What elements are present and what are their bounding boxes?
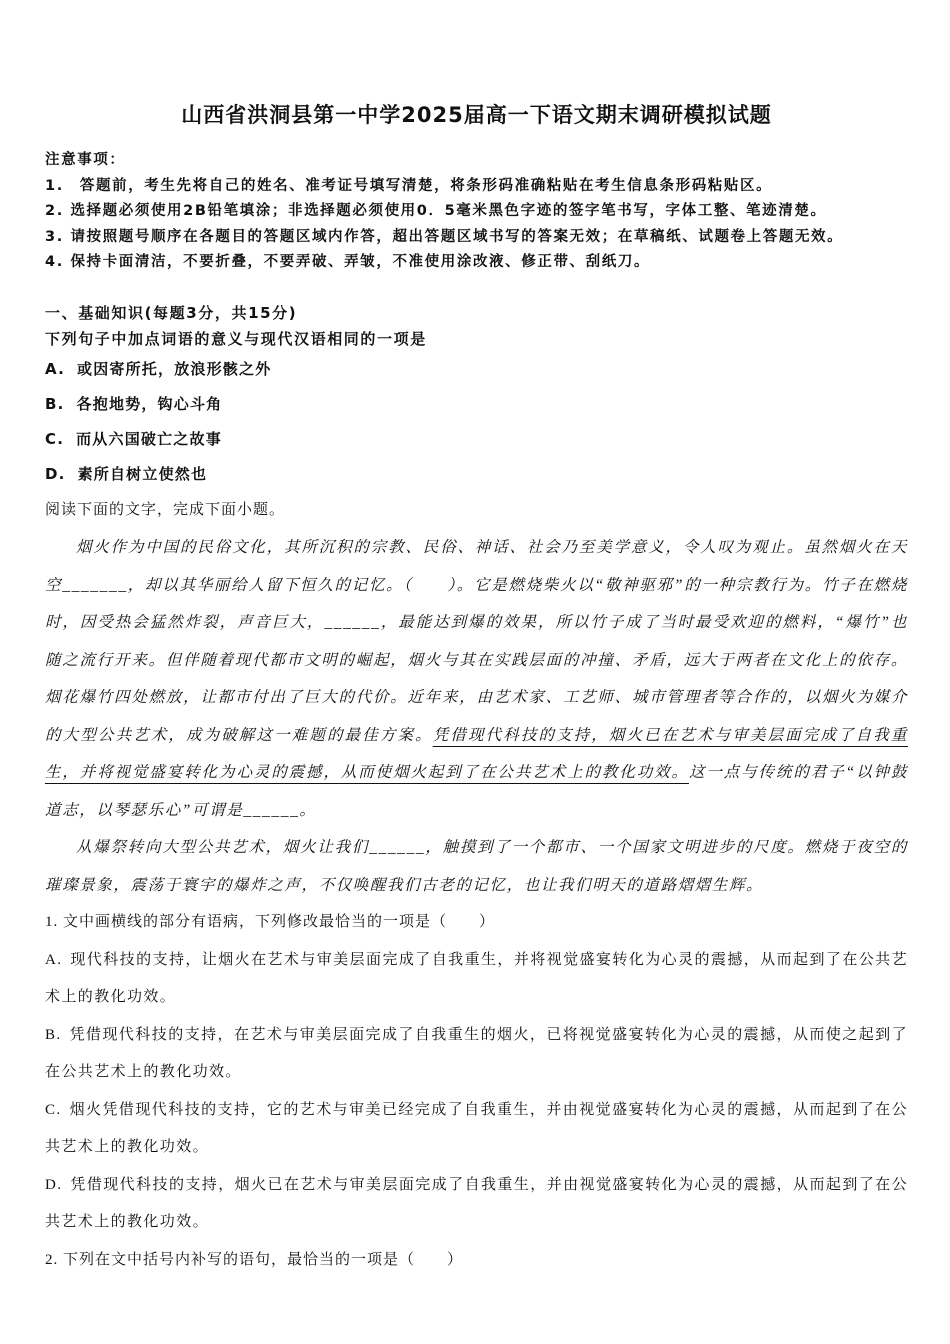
basics-option-a-label: A. (45, 360, 65, 378)
basics-option-d: D.素所自树立使然也 (45, 457, 908, 492)
exam-title: 山西省洪洞县第一中学2025届高一下语文期末调研模拟试题 (45, 100, 908, 130)
question-2-stem: 2. 下列在文中括号内补写的语句，最恰当的一项是（ ） (45, 1242, 908, 1280)
basics-option-a-text: 或因寄所托，放浪形骸之外 (77, 360, 271, 378)
basics-option-d-label: D. (45, 465, 66, 483)
notice-section: 注意事项： 1. 答题前，考生先将自己的姓名、准考证号填写清楚，将条形码准确粘贴… (45, 148, 908, 276)
question-1-stem: 1. 文中画横线的部分有语病，下列修改最恰当的一项是（ ） (45, 904, 908, 942)
question-1-option-d-text: 凭借现代科技的支持，烟火已在艺术与审美层面完成了自我重生，并由视觉盛宴转化为心灵… (45, 1177, 908, 1231)
basics-option-c-text: 而从六国破亡之故事 (76, 430, 222, 448)
question-1-option-d-label: D. (45, 1177, 62, 1193)
basics-option-b-text: 各抱地势，钩心斗角 (77, 395, 223, 413)
question-1-option-b-label: B. (45, 1027, 62, 1043)
basics-option-a: A.或因寄所托，放浪形骸之外 (45, 352, 908, 387)
notice-item-1: 1. 答题前，考生先将自己的姓名、准考证号填写清楚，将条形码准确粘贴在考生信息条… (45, 174, 908, 200)
question-1-option-c: C.烟火凭借现代科技的支持，它的艺术与审美已经完成了自我重生，并由视觉盛宴转化为… (45, 1092, 908, 1167)
basics-option-c: C.而从六国破亡之故事 (45, 422, 908, 457)
notice-item-2: 2. 选择题必须使用2B铅笔填涂；非选择题必须使用0．5毫米黑色字迹的签字笔书写… (45, 199, 908, 225)
question-1-option-a-label: A. (45, 952, 62, 968)
basics-option-b-label: B. (45, 395, 65, 413)
question-1-option-b-text: 凭借现代科技的支持，在艺术与审美层面完成了自我重生的烟火，已将视觉盛宴转化为心灵… (45, 1027, 908, 1081)
question-1-option-a-text: 现代科技的支持，让烟火在艺术与审美层面完成了自我重生，并将视觉盛宴转化为心灵的震… (45, 952, 908, 1006)
basics-option-d-text: 素所自树立使然也 (78, 465, 208, 483)
question-1-option-c-text: 烟火凭借现代科技的支持，它的艺术与审美已经完成了自我重生，并由视觉盛宴转化为心灵… (45, 1102, 908, 1156)
section-one-heading: 一、基础知识(每题3分，共15分) (45, 300, 908, 326)
question-1-option-b: B.凭借现代科技的支持，在艺术与审美层面完成了自我重生的烟火，已将视觉盛宴转化为… (45, 1017, 908, 1092)
notice-heading: 注意事项： (45, 148, 908, 174)
passage-para1-before: 烟火作为中国的民俗文化，其所沉积的宗教、民俗、神话、社会乃至美学意义，令人叹为观… (45, 539, 908, 744)
notice-item-3: 3. 请按照题号顺序在各题目的答题区域内作答，超出答题区域书写的答案无效；在草稿… (45, 225, 908, 251)
question-1-option-a: A.现代科技的支持，让烟火在艺术与审美层面完成了自我重生，并将视觉盛宴转化为心灵… (45, 942, 908, 1017)
exam-paper-page: 山西省洪洞县第一中学2025届高一下语文期末调研模拟试题 注意事项： 1. 答题… (0, 0, 950, 1344)
reading-section: 阅读下面的文字，完成下面小题。 烟火作为中国的民俗文化，其所沉积的宗教、民俗、神… (45, 492, 908, 1280)
question-1-option-c-label: C. (45, 1102, 62, 1118)
question-1-option-d: D.凭借现代科技的支持，烟火已在艺术与审美层面完成了自我重生，并由视觉盛宴转化为… (45, 1167, 908, 1242)
section-one: 一、基础知识(每题3分，共15分) 下列句子中加点词语的意义与现代汉语相同的一项… (45, 300, 908, 492)
notice-item-4: 4. 保持卡面清洁，不要折叠，不要弄破、弄皱，不准使用涂改液、修正带、刮纸刀。 (45, 250, 908, 276)
basics-option-c-label: C. (45, 430, 64, 448)
basics-option-b: B.各抱地势，钩心斗角 (45, 387, 908, 422)
passage-paragraph-1: 烟火作为中国的民俗文化，其所沉积的宗教、民俗、神话、社会乃至美学意义，令人叹为观… (45, 529, 908, 829)
passage-paragraph-2: 从爆祭转向大型公共艺术，烟火让我们______，触摸到了一个都市、一个国家文明进… (45, 829, 908, 904)
reading-intro: 阅读下面的文字，完成下面小题。 (45, 492, 908, 530)
basics-question-prompt: 下列句子中加点词语的意义与现代汉语相同的一项是 (45, 326, 908, 352)
